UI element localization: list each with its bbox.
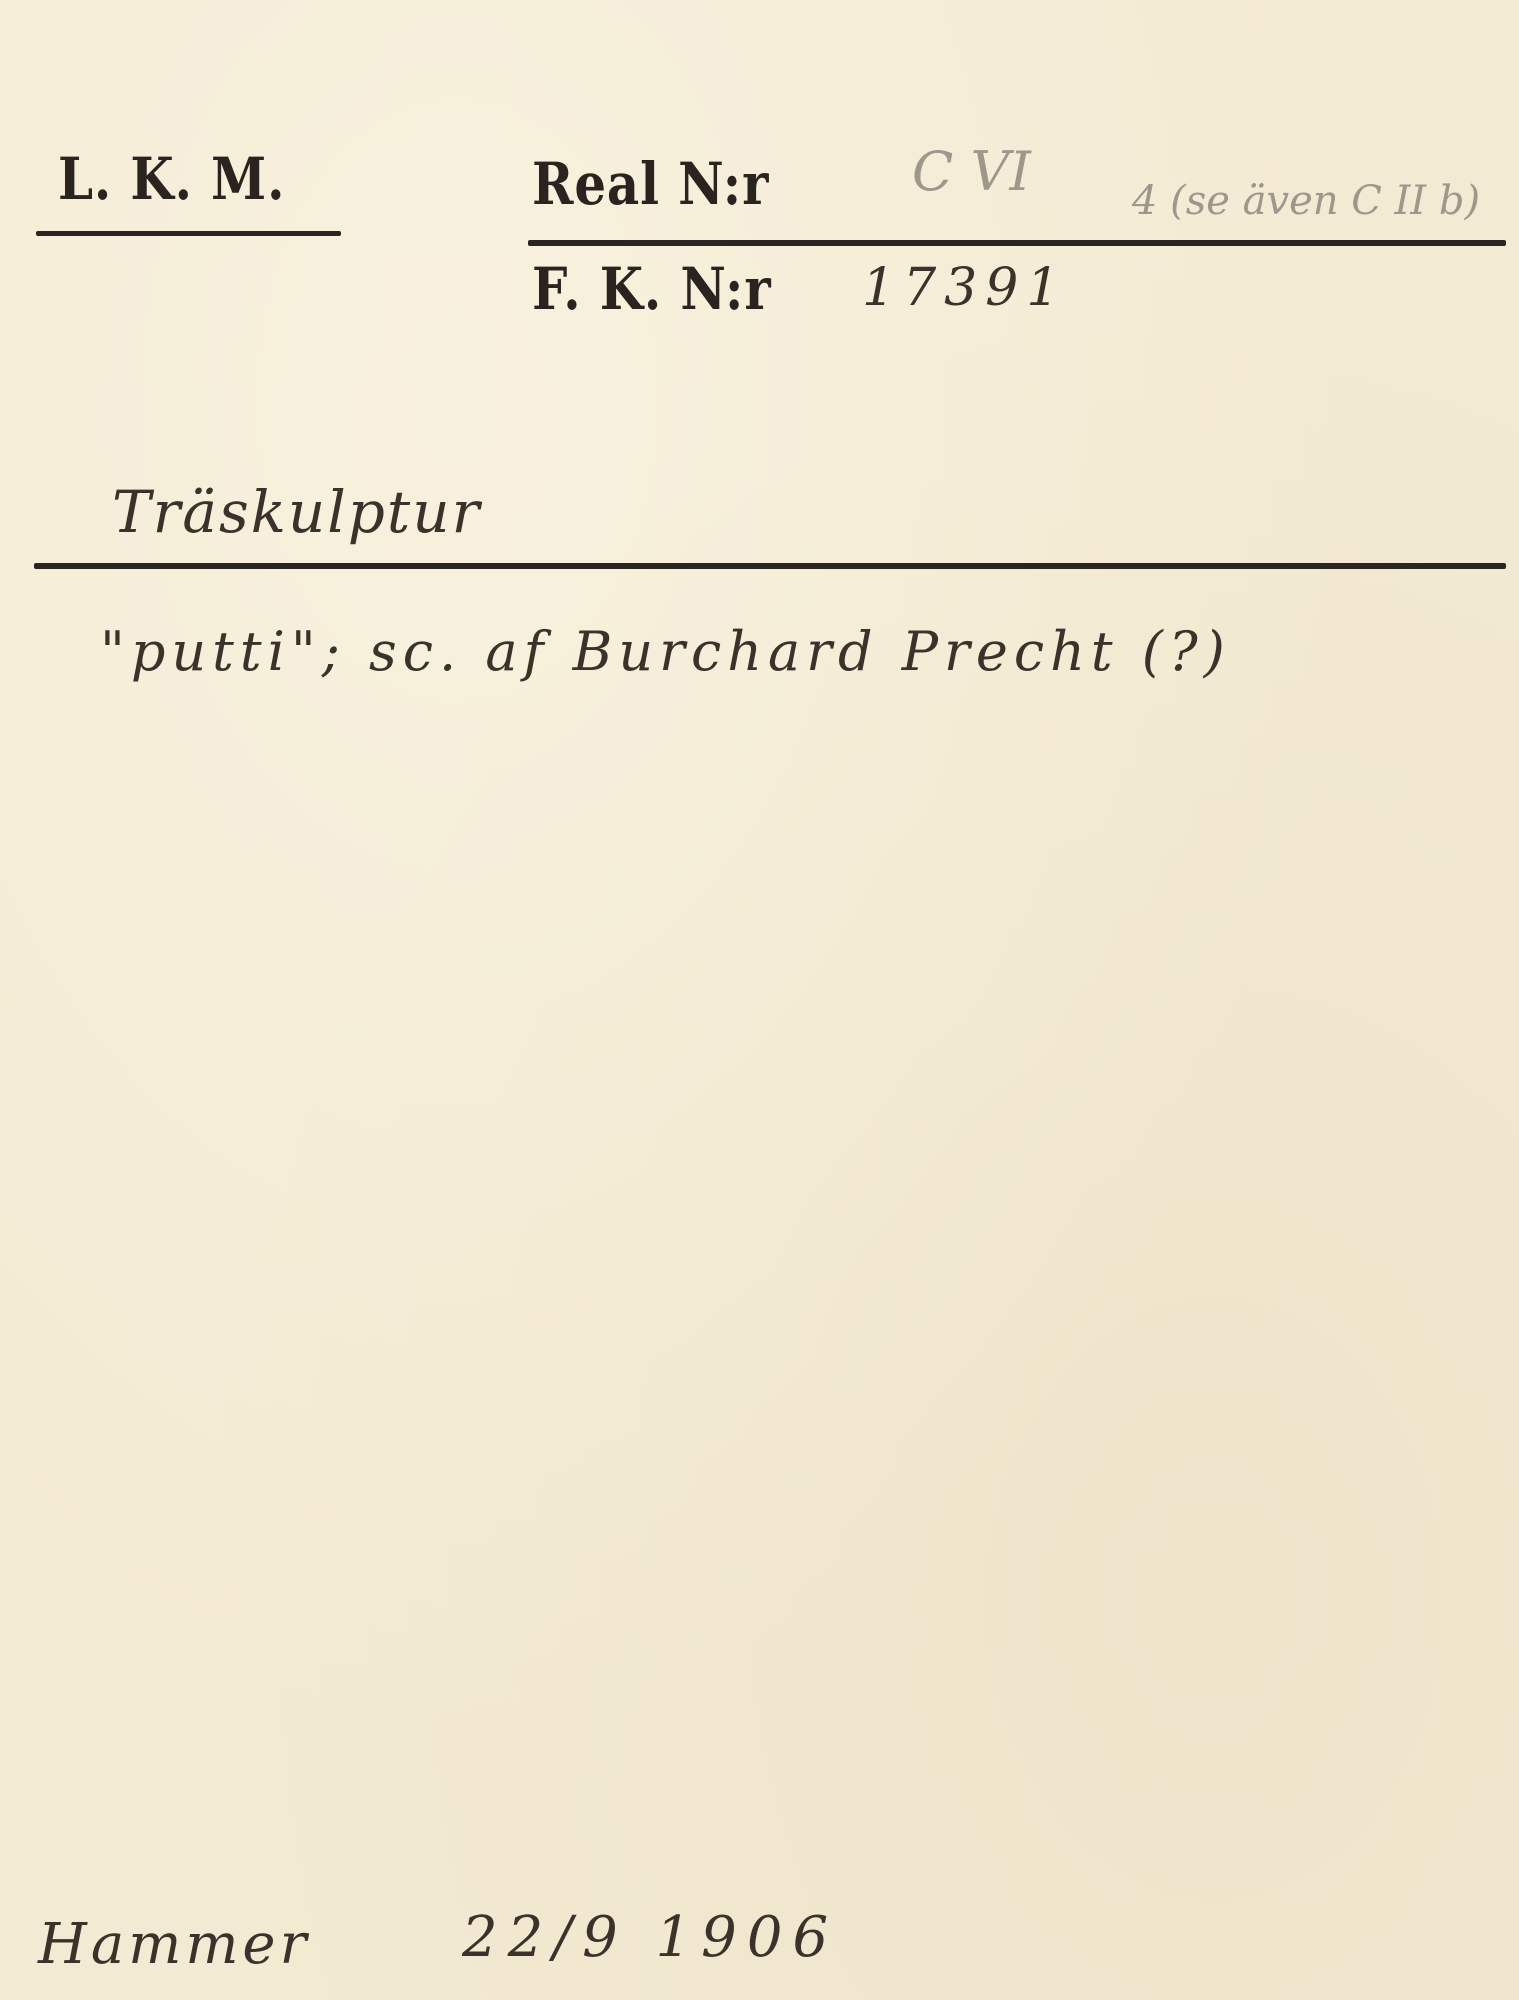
real-number-note: 4 (se även C II b) <box>1132 178 1480 224</box>
real-number-rule <box>528 240 1506 246</box>
catalogue-card: L. K. M. Real N:r C VI 4 (se även C II b… <box>0 0 1519 2000</box>
catalogue-date: 22/9 1906 <box>462 1905 838 1970</box>
real-number-label: Real N:r <box>532 150 769 218</box>
object-description: "putti"; sc. af Burchard Precht (?) <box>100 620 1231 683</box>
title-rule <box>34 563 1506 569</box>
institution-underline <box>36 231 341 236</box>
real-number-value: C VI <box>912 140 1031 203</box>
cataloguer-signature: Hammer <box>38 1912 310 1977</box>
fk-number-label: F. K. N:r <box>532 255 771 323</box>
institution-label: L. K. M. <box>58 145 285 213</box>
fk-number-value: 17391 <box>862 258 1067 318</box>
object-title: Träskulptur <box>112 478 481 546</box>
